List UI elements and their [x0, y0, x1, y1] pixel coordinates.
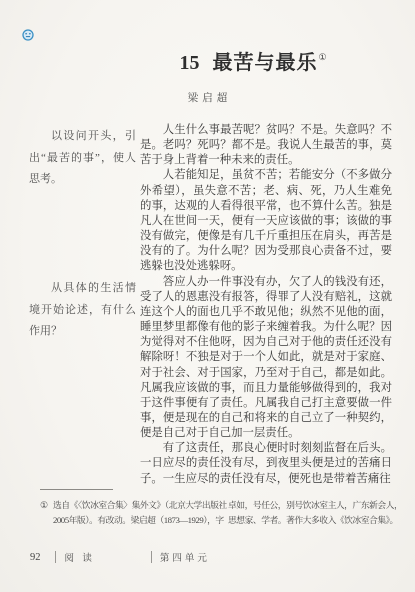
lesson-number: 15	[179, 52, 199, 74]
body-paragraph: 人生什么事最苦呢？贫吗？不是。失意吗？不是。老吗？死吗？都不是。我说人生最苦的事…	[140, 123, 392, 168]
footnote-line: 卓如，号任公，别号饮冰室主人，广东新会人，	[228, 498, 402, 513]
page-number: 92	[30, 552, 41, 563]
footnote-line: 选自《〈饮冰室合集〉集外文》（北京大学出版社	[53, 498, 228, 513]
footnote-line: 2005年版）。有改动。梁启超（1873—1929），字	[53, 513, 228, 528]
footnote-marker: ①	[40, 498, 48, 513]
lesson-title: 15最苦与最乐①	[130, 46, 376, 75]
footnote-column-1: ① 选自《〈饮冰室合集〉集外文》（北京大学出版社 2005年版）。有改动。梁启超…	[40, 498, 228, 529]
body-paragraph: 答应人办一件事没有办，欠了人的钱没有还，受了人的恩惠没有报答，得罪了人没有赔礼，…	[140, 275, 392, 442]
lesson-body: 人生什么事最苦呢？贫吗？不是。失意吗？不是。老吗？死吗？都不是。我说人生最苦的事…	[140, 123, 392, 487]
lesson-title-text: 最苦与最乐	[212, 52, 317, 74]
smiley-annotation-icon[interactable]	[22, 28, 34, 40]
footnote-column-2: 卓如，号任公，别号饮冰室主人，广东新会人， 思想家、学者。著作大多收入《饮冰室合…	[228, 498, 402, 529]
margin-note-2: 从具体的生活情境开始论述，有什么作用？	[29, 278, 136, 343]
textbook-page: 15最苦与最乐① 梁启超 以设问开头，引出“最苦的事”，使人思考。 从具体的生活…	[0, 0, 415, 592]
footer-section-label: 阅 读	[65, 550, 95, 564]
body-paragraph: 人若能知足，虽贫不苦；若能安分（不多做分外希望），虽失意不苦；老、病、死，乃人生…	[140, 168, 392, 274]
footnote-line: 思想家、学者。著作大多收入《饮冰室合集》。	[228, 513, 402, 528]
title-footnote-ref: ①	[318, 52, 326, 62]
footer-unit-label: 第四单元	[160, 550, 210, 564]
author-name: 梁启超	[0, 90, 415, 105]
footer-divider	[55, 551, 56, 563]
margin-note-1: 以设问开头，引出“最苦的事”，使人思考。	[29, 126, 136, 191]
page-footer: 92 阅 读 第四单元	[30, 549, 400, 565]
footer-divider	[151, 551, 152, 563]
body-paragraph: 有了这责任，那良心便时时刻刻监督在后头。一日应尽的责任没有尽，到夜里头便是过的苦…	[140, 441, 392, 486]
footnote: ① 选自《〈饮冰室合集〉集外文》（北京大学出版社 2005年版）。有改动。梁启超…	[40, 498, 400, 529]
footnote-divider	[40, 489, 113, 490]
